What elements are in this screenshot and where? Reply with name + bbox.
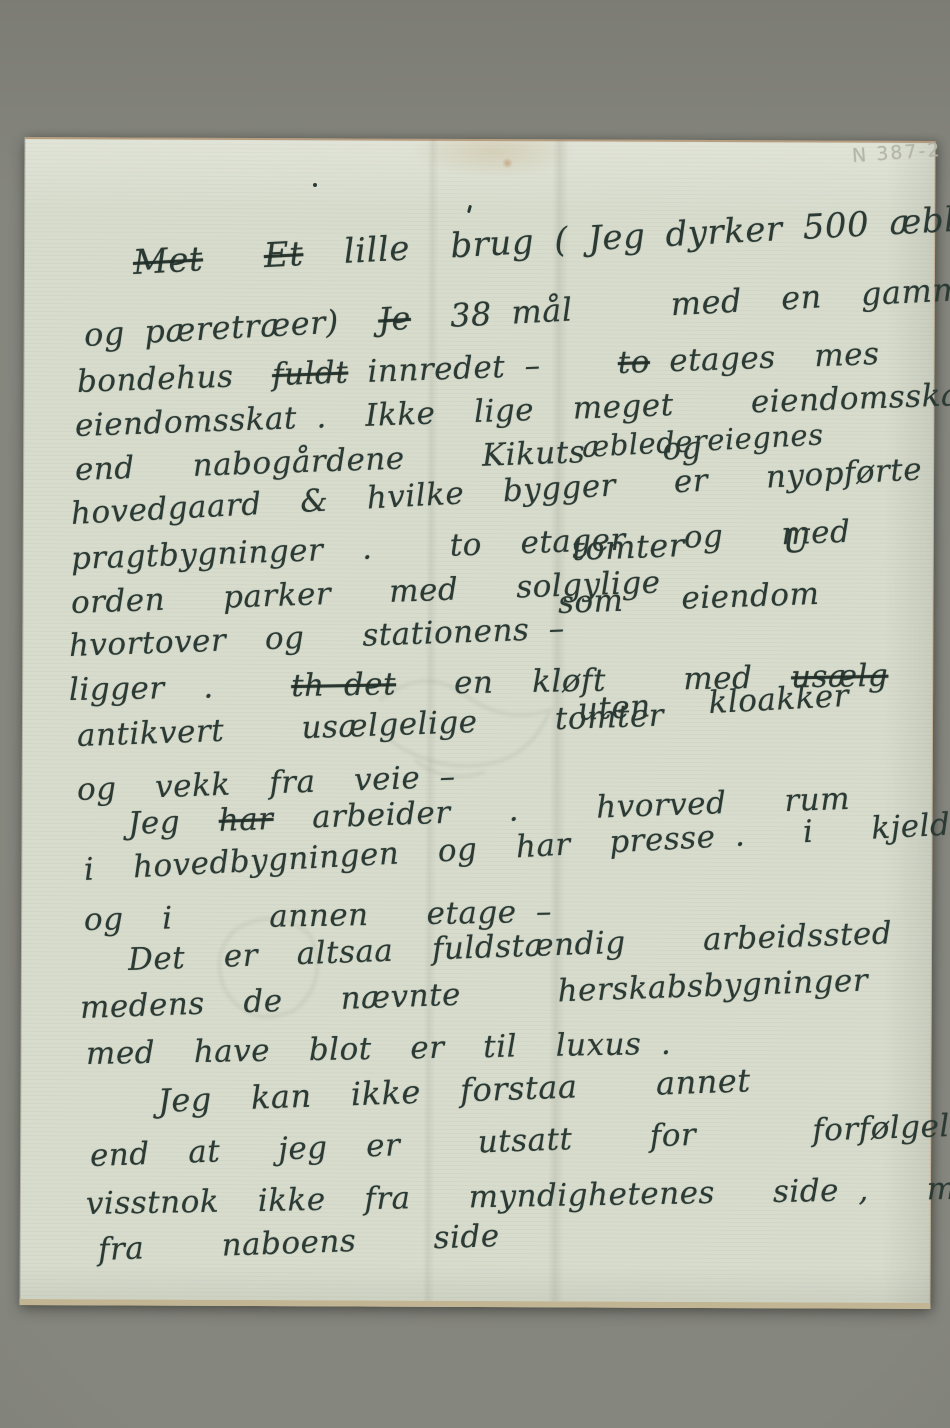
manuscript-line: Met Et lille brug ( Jeg dyrker 500 æblet… (132, 194, 950, 283)
ink-dot (313, 183, 317, 187)
handwritten-text: og pæretræer) (83, 301, 379, 354)
manuscript-line: som eiendom (557, 576, 820, 621)
manuscript-line: hvortover og stationens – (68, 611, 565, 664)
handwritten-text: fra naboens side (97, 1218, 500, 1268)
handwritten-text: Jeg (127, 803, 219, 842)
handwritten-text: som eiendom (557, 576, 820, 621)
manuscript-line: Jeg kan ikke forstaa annet (157, 1061, 751, 1120)
handwritten-text: etages mes (649, 336, 880, 380)
manuscript-line: fra naboens side (97, 1218, 500, 1268)
handwritten-text: 38 mål med en gammel (410, 268, 950, 336)
struck-word: Et (263, 234, 305, 276)
struck-word: Met (132, 239, 204, 283)
struck-word: th det (291, 666, 397, 704)
struck-word: Je (377, 299, 412, 339)
struck-word: fuldt (271, 355, 348, 394)
photo-of-manuscript: { "photo": { "catalog_number": "N 387-2"… (0, 0, 950, 1428)
handwritten-text: lille brug ( Jeg dyrker 500 æbletræer (302, 194, 950, 274)
handwritten-text (202, 236, 265, 279)
struck-word: har (218, 801, 274, 839)
manuscript-line: med have blot er til luxus . (86, 1026, 672, 1072)
handwritten-text: ligger . (69, 668, 292, 708)
handwritten-text: bondehus (76, 357, 272, 400)
struck-word: to (617, 344, 650, 381)
manuscript-line: visstnok ikke fra myndighetenes side , m… (86, 1170, 950, 1222)
handwritten-text: Jeg kan ikke forstaa annet (157, 1061, 751, 1120)
handwritten-text: visstnok ikke fra myndighetenes side , m… (86, 1170, 950, 1222)
handwritten-text: tomter U (571, 522, 811, 568)
handwritten-text: med have blot er til luxus . (86, 1026, 672, 1072)
manuscript-line: tomter U (571, 522, 811, 568)
handwritten-text: hvortover og stationens – (68, 611, 565, 664)
handwritten-text: innredet – (348, 345, 619, 390)
manuscript-text: Met Et lille brug ( Jeg dyrker 500 æblet… (0, 0, 950, 1428)
